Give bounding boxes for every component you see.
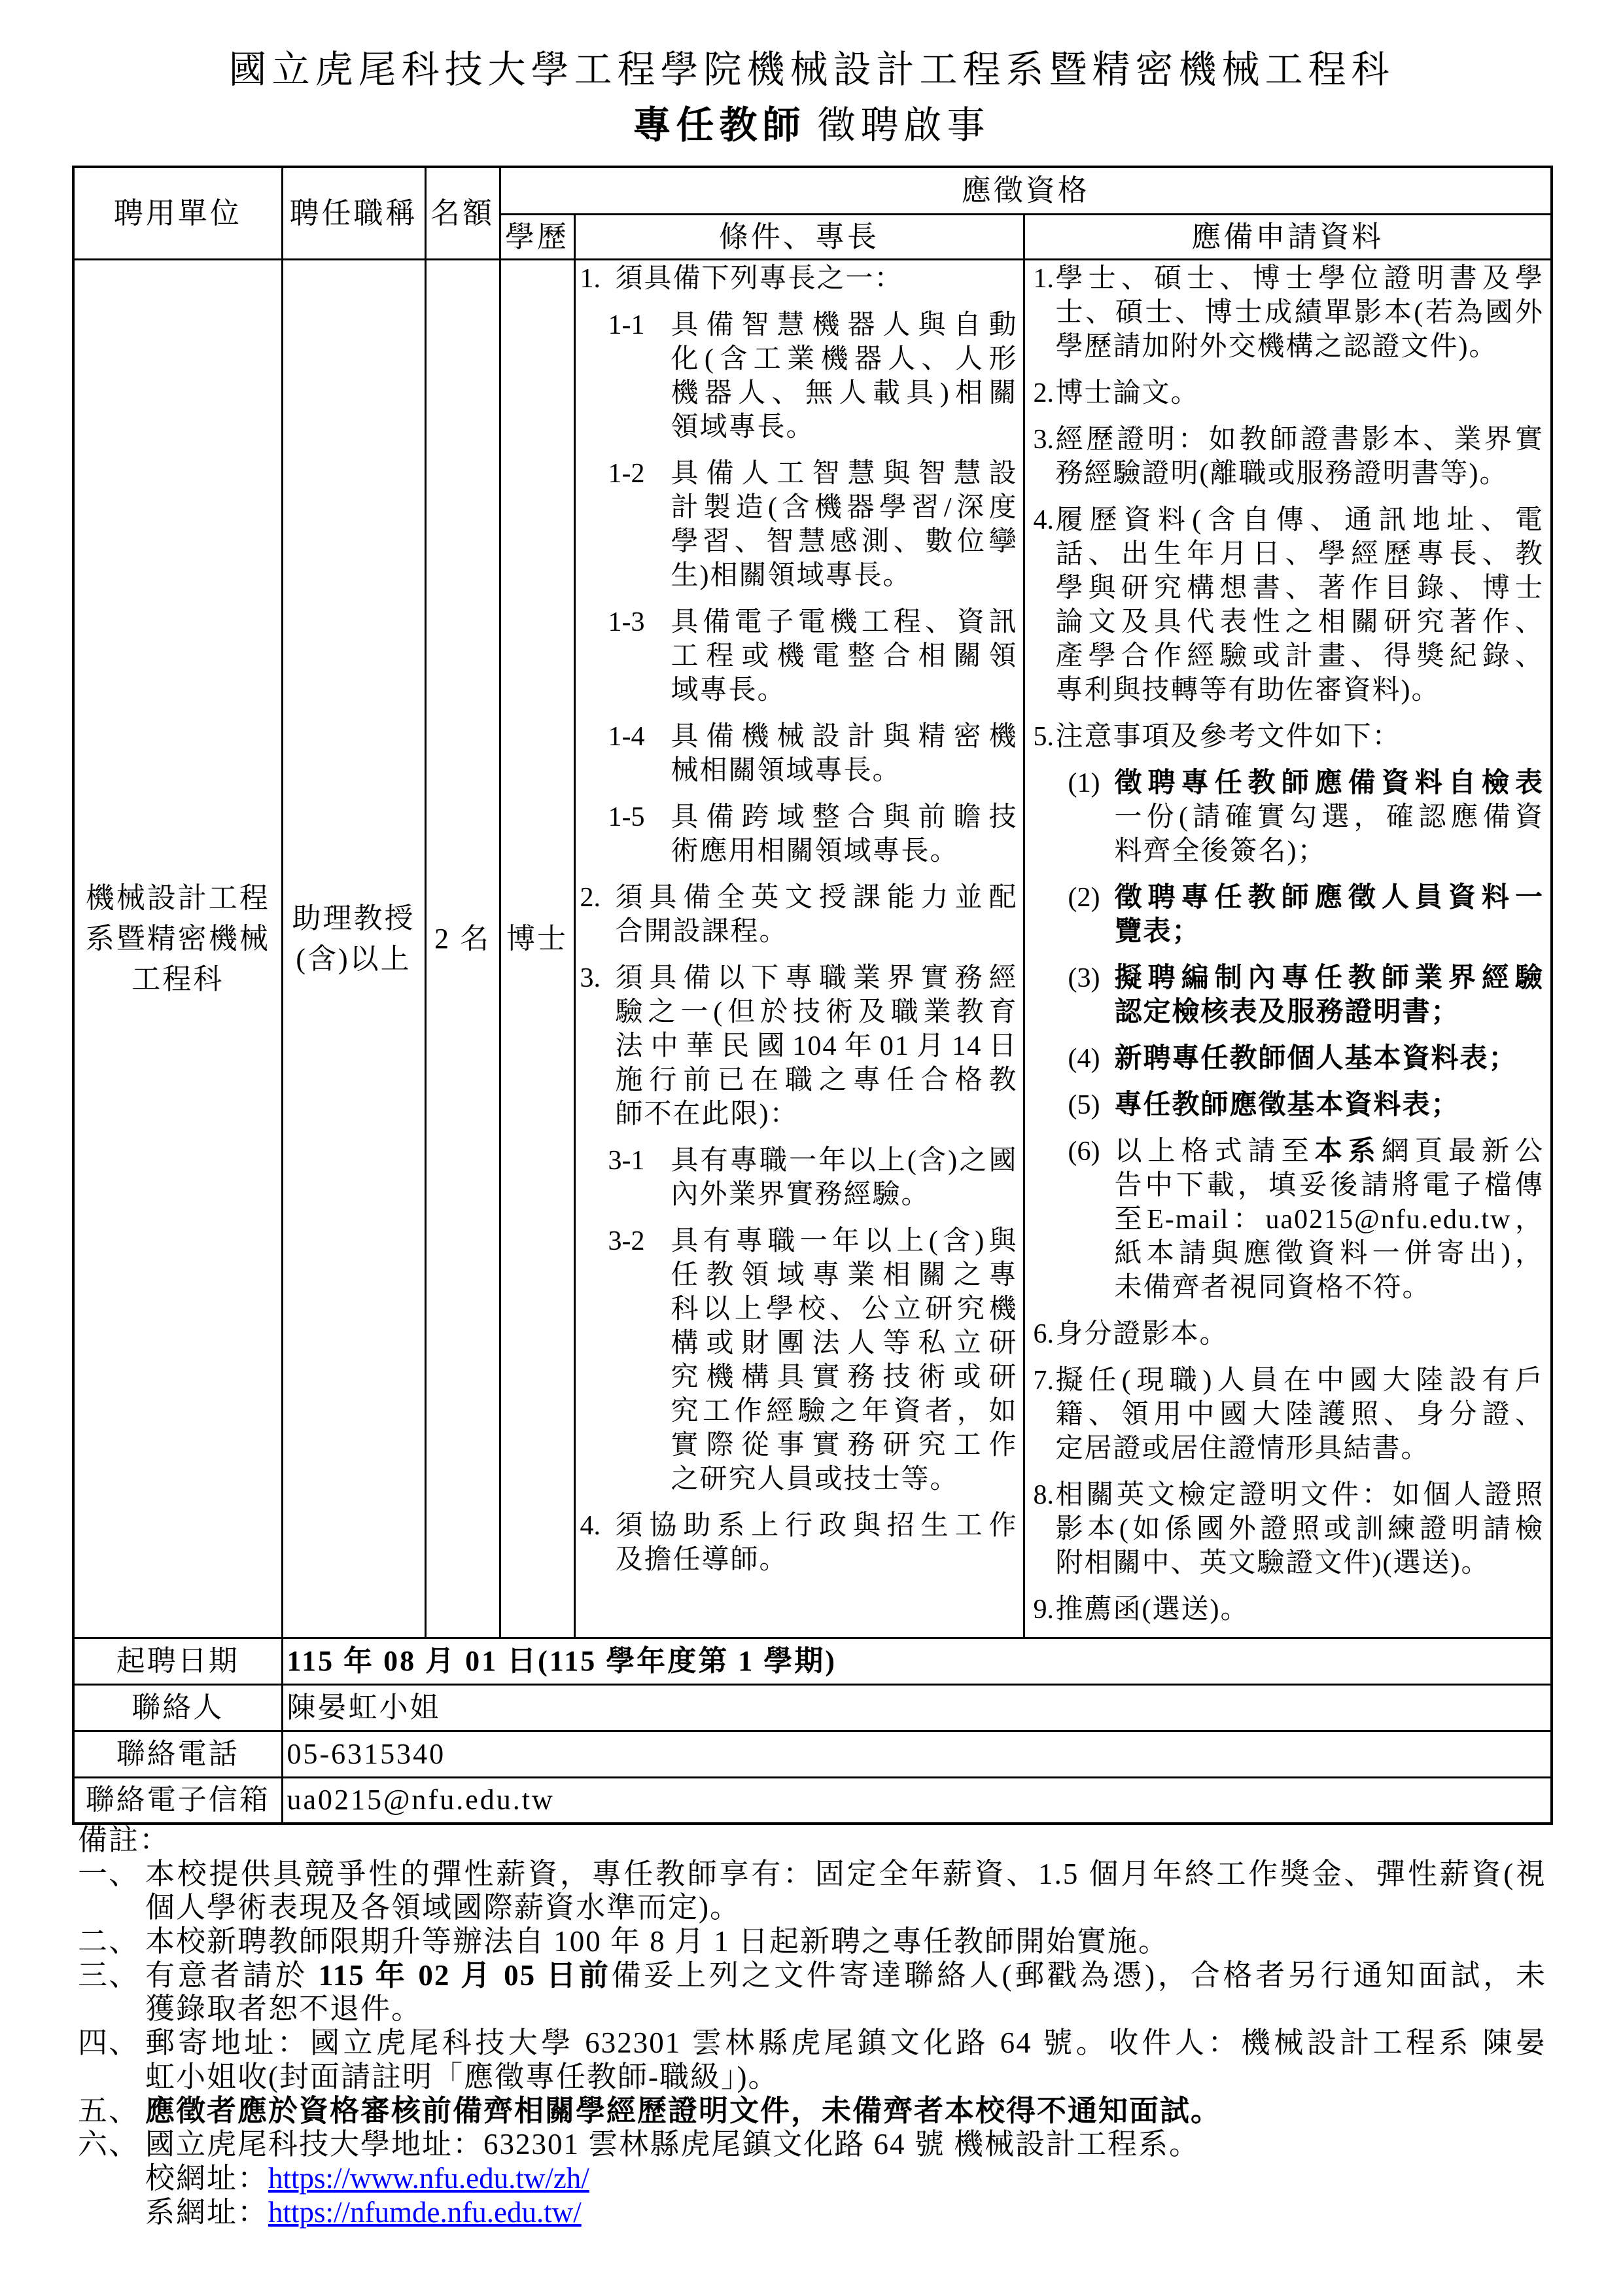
document-line: 專利與技轉等有助佐審資料)。 — [1056, 673, 1544, 707]
department-website-label: 系網址： — [145, 2196, 268, 2229]
condition-item: 2. 須具備全英文授課能力並配 合開設課程。 — [580, 881, 1018, 949]
reference-form-item: (4) 新聘專任教師個人基本資料表； — [1068, 1042, 1544, 1076]
document-line: 士、碩士、博士成績單影本(若為國外 — [1056, 296, 1544, 330]
position-row: 機械設計工程 系暨精密機械 工程科 助理教授 (含)以上 2 名 博士 1. 須… — [73, 259, 1552, 1638]
condition-line: 任教領域專業相關之專 — [671, 1258, 1018, 1292]
reference-form-title: 擬聘編制內專任教師業界經驗 — [1115, 961, 1544, 995]
reference-form-title: 認定檢核表及服務證明書； — [1115, 995, 1544, 1029]
note-label: 二、 — [78, 1925, 145, 1959]
note-item: 五、 應徵者應於資格審核前備齊相關學經歷證明文件，未備齊者本校得不通知面試。 — [78, 2094, 1546, 2128]
condition-line: 具備人工智慧與智慧設 — [671, 457, 1018, 491]
unit-line: 機械設計工程 — [75, 878, 281, 919]
document-item: 5. 注意事項及參考文件如下： — [1034, 720, 1544, 754]
header-degree: 學歷 — [500, 214, 574, 259]
reference-form-title: 專任教師應徵基本資料表； — [1115, 1088, 1544, 1122]
condition-line: 具有專職一年以上(含)之國 — [671, 1144, 1018, 1178]
condition-line: 究機構具實務技術或研 — [671, 1360, 1018, 1394]
text-segment: 有意者請於 — [145, 1959, 319, 1992]
contact-person-value: 陳晏虹小姐 — [282, 1684, 1552, 1731]
note-line: 虹小姐收(封面請註明「應徵專任教師-職級」)。 — [145, 2060, 1546, 2094]
condition-line: 械相關領域專長。 — [671, 754, 1018, 788]
department-website-link[interactable]: https://nfumde.nfu.edu.tw/ — [268, 2196, 582, 2229]
document-item: 2. 博士論文。 — [1034, 376, 1544, 410]
subtitle-bold: 專任教師 — [633, 104, 805, 147]
school-website-label: 校網址： — [145, 2162, 268, 2195]
document-item: 4. 履歷資料(含自傳、通訊地址、電 話、出生年月日、學經歷專長、教 學與研究構… — [1034, 503, 1544, 707]
reference-form-item: (5) 專任教師應徵基本資料表； — [1068, 1088, 1544, 1122]
degree-cell: 博士 — [500, 259, 574, 1638]
emphasis-segment: 本系 — [1315, 1137, 1382, 1167]
condition-line: 須協助系上行政與招生工作 — [616, 1509, 1018, 1543]
document-line: 擬任(現職)人員在中國大陸設有戶 — [1056, 1364, 1544, 1398]
condition-line: 驗之一(但於技術及職業教育 — [616, 995, 1018, 1029]
document-line: 以上格式請至本系網頁最新公 — [1115, 1135, 1544, 1169]
text-segment: 備妥上列之文件寄達聯絡人(郵戳為憑)，合格者另行通知面試，未 — [612, 1959, 1546, 1992]
reference-form-title: 徵聘專任教師應備資料自檢表 — [1115, 766, 1544, 800]
document-line: 經歷證明：如教師證書影本、業界實 — [1056, 423, 1544, 457]
note-line: 個人學術表現及各領域國際薪資水準而定)。 — [145, 1891, 1546, 1925]
note-line: 國立虎尾科技大學地址：632301 雲林縣虎尾鎮文化路 64 號 機械設計工程系… — [145, 2128, 1546, 2162]
condition-item: 1. 須具備下列專長之一： — [580, 262, 1018, 296]
condition-line: 施行前已在職之專任合格教 — [616, 1063, 1018, 1097]
condition-label: 1-4 — [608, 720, 671, 788]
document-line: 學歷請加附外交機構之認證文件)。 — [1056, 330, 1544, 364]
condition-line: 法中華民國104年01月14日 — [616, 1029, 1018, 1063]
note-item: 六、 國立虎尾科技大學地址：632301 雲林縣虎尾鎮文化路 64 號 機械設計… — [78, 2128, 1546, 2229]
reference-form-item: (2) 徵聘專任教師應徵人員資料一 覽表； — [1068, 881, 1544, 949]
position-cell: 助理教授 (含)以上 — [282, 259, 425, 1638]
recruitment-table: 聘用單位 聘任職稱 名額 應徵資格 學歷 條件、專長 應備申請資料 機械設計工程… — [72, 166, 1553, 1825]
condition-subitem: 1-4 具備機械設計與精密機 械相關領域專長。 — [608, 720, 1018, 788]
document-label: (2) — [1068, 881, 1115, 949]
condition-line: 具備機械設計與精密機 — [671, 720, 1018, 754]
reference-form-title: 徵聘專任教師應徵人員資料一 — [1115, 881, 1544, 915]
condition-label: 3-2 — [608, 1224, 671, 1496]
school-website-line: 校網址：https://www.nfu.edu.tw/zh/ — [145, 2162, 1546, 2196]
document-item: 7. 擬任(現職)人員在中國大陸設有戶 籍、領用中國大陸護照、身分證、 定居證或… — [1034, 1364, 1544, 1466]
document-label: (5) — [1068, 1088, 1115, 1122]
document-label: 4. — [1034, 503, 1056, 707]
condition-line: 工程或機電整合相關領 — [671, 639, 1018, 673]
header-position: 聘任職稱 — [282, 167, 425, 259]
note-line: 本校新聘教師限期升等辦法自 100 年 8 月 1 日起新聘之專任教師開始實施。 — [145, 1925, 1546, 1959]
note-label: 四、 — [78, 2026, 145, 2094]
document-line: 一份(請確實勾選，確認應備資 — [1115, 800, 1544, 834]
contact-phone-value: 05-6315340 — [282, 1731, 1552, 1777]
condition-subitem: 1-3 具備電子電機工程、資訊 工程或機電整合相關領 域專長。 — [608, 605, 1018, 707]
notes-heading: 備註： — [78, 1824, 1546, 1858]
reference-form-title: 覽表； — [1115, 915, 1544, 949]
condition-label: 1. — [580, 262, 616, 296]
condition-line: 須具備下列專長之一： — [616, 262, 1018, 296]
condition-line: 學習、智慧感測、數位孿 — [671, 525, 1018, 559]
document-label: 5. — [1034, 720, 1056, 754]
document-line: 身分證影本。 — [1056, 1317, 1544, 1351]
document-item: 3. 經歷證明：如教師證書影本、業界實 務經驗證明(離職或服務證明書等)。 — [1034, 423, 1544, 491]
document-line: 博士論文。 — [1056, 376, 1544, 410]
contact-email-label: 聯絡電子信箱 — [73, 1777, 282, 1824]
start-date-value: 115 年 08 月 01 日(115 學年度第 1 學期) — [282, 1638, 1552, 1684]
department-website-line: 系網址：https://nfumde.nfu.edu.tw/ — [145, 2196, 1546, 2230]
deadline-emphasis: 115 年 02 月 05 日前 — [319, 1959, 612, 1992]
reference-form-item: (1) 徵聘專任教師應備資料自檢表 一份(請確實勾選，確認應備資 料齊全後簽名)… — [1068, 766, 1544, 868]
document-line: 務經驗證明(離職或服務證明書等)。 — [1056, 457, 1544, 491]
document-line: 定居證或居住證情形具結書。 — [1056, 1432, 1544, 1466]
position-line: 助理教授 — [283, 898, 425, 939]
contact-email-row: 聯絡電子信箱 ua0215@nfu.edu.tw — [73, 1777, 1552, 1824]
condition-line: 合開設課程。 — [616, 915, 1018, 949]
contact-email-value: ua0215@nfu.edu.tw — [282, 1777, 1552, 1824]
document-title: 國立虎尾科技大學工程學院機械設計工程系暨精密機械工程科 — [0, 47, 1623, 93]
condition-item: 4. 須協助系上行政與招生工作 及擔任導師。 — [580, 1509, 1018, 1577]
note-item: 二、 本校新聘教師限期升等辦法自 100 年 8 月 1 日起新聘之專任教師開始… — [78, 1925, 1546, 1959]
condition-line: 領域專長。 — [671, 410, 1018, 444]
condition-line: 機器人、無人載具)相關 — [671, 376, 1018, 410]
contact-phone-row: 聯絡電話 05-6315340 — [73, 1731, 1552, 1777]
document-line: 學與研究構想書、著作目錄、博士 — [1056, 571, 1544, 605]
condition-line: 及擔任導師。 — [616, 1543, 1018, 1577]
note-line: 本校提供具競爭性的彈性薪資，專任教師享有：固定全年薪資、1.5 個月年終工作獎金… — [145, 1858, 1546, 1892]
contact-phone-label: 聯絡電話 — [73, 1731, 282, 1777]
document-label: (3) — [1068, 961, 1115, 1029]
condition-line: 計製造(含機器學習/深度 — [671, 491, 1018, 525]
note-line: 有意者請於 115 年 02 月 05 日前備妥上列之文件寄達聯絡人(郵戳為憑)… — [145, 1959, 1546, 1993]
note-line: 郵寄地址：國立虎尾科技大學 632301 雲林縣虎尾鎮文化路 64 號。收件人：… — [145, 2026, 1546, 2060]
condition-line: 域專長。 — [671, 673, 1018, 707]
condition-subitem: 1-1 具備智慧機器人與自動 化(含工業機器人、人形 機器人、無人載具)相關 領… — [608, 308, 1018, 444]
document-line: 學士、碩士、博士學位證明書及學 — [1056, 262, 1544, 296]
document-line: 注意事項及參考文件如下： — [1056, 720, 1544, 754]
header-unit: 聘用單位 — [73, 167, 282, 259]
document-line: 產學合作經驗或計畫、得獎紀錄、 — [1056, 639, 1544, 673]
subtitle-rest: 徵聘啟事 — [818, 104, 990, 147]
condition-line: 術應用相關領域專長。 — [671, 834, 1018, 868]
document-line: 論文及具代表性之相關研究著作、 — [1056, 605, 1544, 639]
note-line-emphasis: 應徵者應於資格審核前備齊相關學經歷證明文件，未備齊者本校得不通知面試。 — [145, 2094, 1546, 2128]
school-website-link[interactable]: https://www.nfu.edu.tw/zh/ — [268, 2162, 589, 2195]
condition-label: 1-5 — [608, 800, 671, 868]
start-date-label: 起聘日期 — [73, 1638, 282, 1684]
reference-form-title: 新聘專任教師個人基本資料表； — [1115, 1042, 1544, 1076]
condition-label: 4. — [580, 1509, 616, 1577]
document-line: 附相關中、英文驗證文件)(選送)。 — [1056, 1546, 1544, 1580]
document-label: 9. — [1034, 1593, 1056, 1627]
condition-line: 究工作經驗之年資者，如 — [671, 1394, 1018, 1428]
document-line: 履歷資料(含自傳、通訊地址、電 — [1056, 503, 1544, 537]
unit-line: 工程科 — [75, 959, 281, 1000]
document-label: 6. — [1034, 1317, 1056, 1351]
document-line: 告中下載，填妥後請將電子檔傳 — [1115, 1169, 1544, 1203]
document-line: 料齊全後簽名)； — [1115, 834, 1544, 868]
document-line: 話、出生年月日、學經歷專長、教 — [1056, 537, 1544, 571]
email-line: 至E-mail：ua0215@nfu.edu.tw， — [1115, 1203, 1544, 1237]
condition-line: 具備電子電機工程、資訊 — [671, 605, 1018, 639]
note-item: 四、 郵寄地址：國立虎尾科技大學 632301 雲林縣虎尾鎮文化路 64 號。收… — [78, 2026, 1546, 2094]
document-item: 6. 身分證影本。 — [1034, 1317, 1544, 1351]
condition-label: 1-3 — [608, 605, 671, 707]
condition-label: 3. — [580, 961, 616, 1131]
condition-line: 化(含工業機器人、人形 — [671, 342, 1018, 376]
start-date-row: 起聘日期 115 年 08 月 01 日(115 學年度第 1 學期) — [73, 1638, 1552, 1684]
document-item: 1. 學士、碩士、博士學位證明書及學 士、碩士、博士成績單影本(若為國外 學歷請… — [1034, 262, 1544, 364]
condition-line: 內外業界實務經驗。 — [671, 1178, 1018, 1212]
documents-cell: 1. 學士、碩士、博士學位證明書及學 士、碩士、博士成績單影本(若為國外 學歷請… — [1024, 259, 1552, 1638]
header-conditions: 條件、專長 — [574, 214, 1024, 259]
note-label: 一、 — [78, 1858, 145, 1925]
condition-line: 具備智慧機器人與自動 — [671, 308, 1018, 342]
unit-cell: 機械設計工程 系暨精密機械 工程科 — [73, 259, 282, 1638]
position-line: (含)以上 — [283, 939, 425, 980]
document-line: 推薦函(選送)。 — [1056, 1593, 1544, 1627]
header-row: 聘用單位 聘任職稱 名額 應徵資格 — [73, 167, 1552, 214]
condition-line: 師不在此限)： — [616, 1097, 1018, 1131]
document-label: 1. — [1034, 262, 1056, 364]
document-label: (6) — [1068, 1135, 1115, 1305]
note-line: 獲錄取者恕不退件。 — [145, 1992, 1546, 2026]
note-item: 一、 本校提供具競爭性的彈性薪資，專任教師享有：固定全年薪資、1.5 個月年終工… — [78, 1858, 1546, 1925]
document-line: 籍、領用中國大陸護照、身分證、 — [1056, 1398, 1544, 1432]
note-label: 六、 — [78, 2128, 145, 2229]
contact-person-label: 聯絡人 — [73, 1684, 282, 1731]
reference-form-item: (3) 擬聘編制內專任教師業界經驗 認定檢核表及服務證明書； — [1068, 961, 1544, 1029]
document-label: 8. — [1034, 1478, 1056, 1580]
condition-line: 實際從事實務研究工作 — [671, 1428, 1018, 1462]
document-line: 影本(如係國外證照或訓練證明請檢 — [1056, 1512, 1544, 1546]
condition-line: 具有專職一年以上(含)與 — [671, 1224, 1018, 1258]
header-documents: 應備申請資料 — [1024, 214, 1552, 259]
condition-label: 2. — [580, 881, 616, 949]
document-line: 相關英文檢定證明文件：如個人證照 — [1056, 1478, 1544, 1512]
text-segment: 以上格式請至 — [1115, 1137, 1315, 1167]
condition-line: 須具備以下專職業界實務經 — [616, 961, 1018, 995]
condition-line: 之研究人員或技士等。 — [671, 1462, 1018, 1496]
condition-line: 須具備全英文授課能力並配 — [616, 881, 1018, 915]
document-label: (1) — [1068, 766, 1115, 868]
document-label: 3. — [1034, 423, 1056, 491]
condition-label: 1-1 — [608, 308, 671, 444]
reference-form-item: (6) 以上格式請至本系網頁最新公 告中下載，填妥後請將電子檔傳 至E-mail… — [1068, 1135, 1544, 1305]
document-label: 2. — [1034, 376, 1056, 410]
note-item: 三、 有意者請於 115 年 02 月 05 日前備妥上列之文件寄達聯絡人(郵戳… — [78, 1959, 1546, 2026]
condition-subitem: 3-2 具有專職一年以上(含)與 任教領域專業相關之專 科以上學校、公立研究機 … — [608, 1224, 1018, 1496]
condition-line: 具備跨域整合與前瞻技 — [671, 800, 1018, 834]
contact-person-row: 聯絡人 陳晏虹小姐 — [73, 1684, 1552, 1731]
condition-label: 3-1 — [608, 1144, 671, 1212]
condition-label: 1-2 — [608, 457, 671, 593]
header-quota: 名額 — [425, 167, 500, 259]
note-label: 三、 — [78, 1959, 145, 2026]
quota-cell: 2 名 — [425, 259, 500, 1638]
notes-section: 備註： 一、 本校提供具競爭性的彈性薪資，專任教師享有：固定全年薪資、1.5 個… — [78, 1824, 1546, 2229]
document-label: (4) — [1068, 1042, 1115, 1076]
conditions-cell: 1. 須具備下列專長之一： 1-1 具備智慧機器人與自動 化(含工業機器人、人形… — [574, 259, 1024, 1638]
condition-subitem: 3-1 具有專職一年以上(含)之國 內外業界實務經驗。 — [608, 1144, 1018, 1212]
condition-line: 構或財團法人等私立研 — [671, 1326, 1018, 1360]
document-item: 8. 相關英文檢定證明文件：如個人證照 影本(如係國外證照或訓練證明請檢 附相關… — [1034, 1478, 1544, 1580]
header-qualifications: 應徵資格 — [500, 167, 1552, 214]
document-label: 7. — [1034, 1364, 1056, 1466]
condition-line: 科以上學校、公立研究機 — [671, 1292, 1018, 1326]
document-line: 紙本請與應徵資料一併寄出)， — [1115, 1237, 1544, 1271]
document-item: 9. 推薦函(選送)。 — [1034, 1593, 1544, 1627]
condition-item: 3. 須具備以下專職業界實務經 驗之一(但於技術及職業教育 法中華民國104年0… — [580, 961, 1018, 1131]
condition-subitem: 1-5 具備跨域整合與前瞻技 術應用相關領域專長。 — [608, 800, 1018, 868]
condition-subitem: 1-2 具備人工智慧與智慧設 計製造(含機器學習/深度 學習、智慧感測、數位孿 … — [608, 457, 1018, 593]
document-line: 未備齊者視同資格不符。 — [1115, 1271, 1544, 1305]
condition-line: 生)相關領域專長。 — [671, 559, 1018, 593]
unit-line: 系暨精密機械 — [75, 919, 281, 959]
text-segment: 網頁最新公 — [1382, 1137, 1544, 1167]
note-label: 五、 — [78, 2094, 145, 2128]
document-subtitle: 專任教師徵聘啟事 — [0, 103, 1623, 149]
